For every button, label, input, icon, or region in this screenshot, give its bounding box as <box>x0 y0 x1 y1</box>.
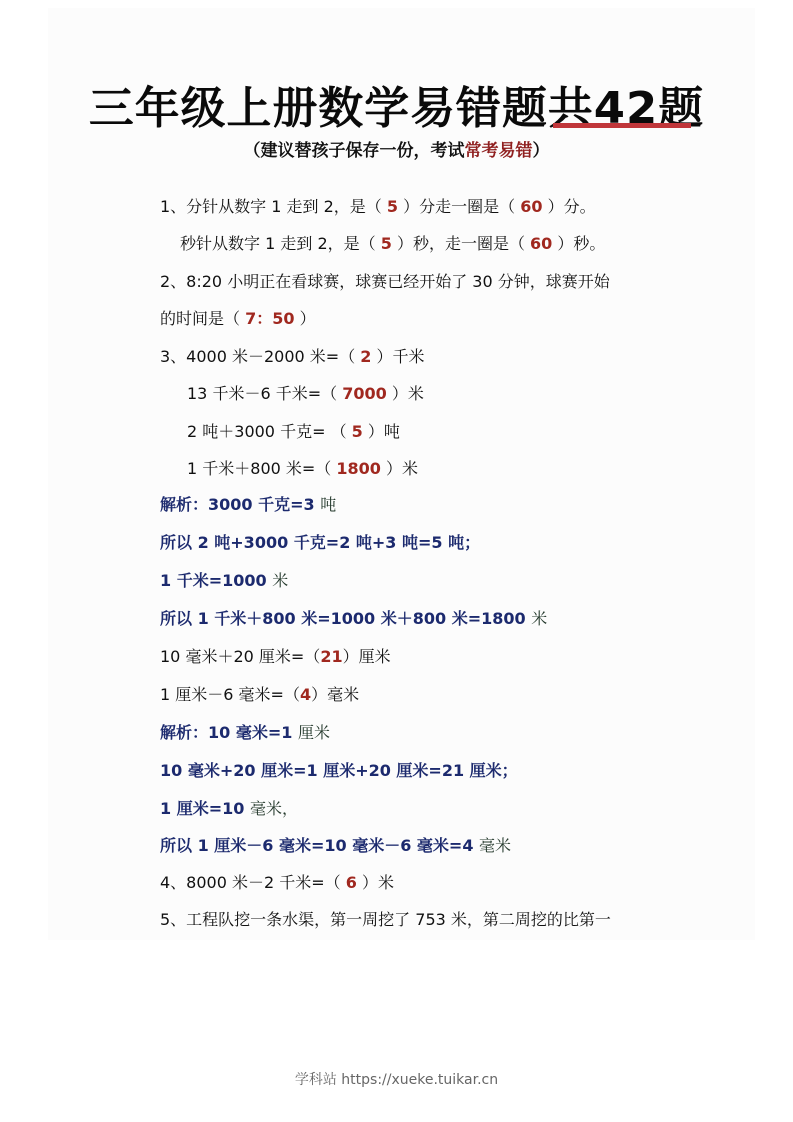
answer: 7000 <box>342 384 387 403</box>
answer: 6 <box>346 873 357 892</box>
explanation-line: 解析：3000 千克=3 吨 <box>160 492 336 515</box>
text: 1、分针从数字 1 走到 2，是（ <box>160 197 387 216</box>
text: 吨 <box>320 495 336 514</box>
subtitle-suffix: ） <box>533 141 550 161</box>
question-1-line-2: 秒针从数字 1 走到 2，是（ 5 ）秒，走一圈是（ 60 ）秒。 <box>180 231 605 254</box>
question-1-line-1: 1、分针从数字 1 走到 2，是（ 5 ）分走一圈是（ 60 ）分。 <box>160 194 596 217</box>
question-5: 5、工程队挖一条水渠，第一周挖了 753 米，第二周挖的比第一 <box>160 907 611 930</box>
text: 厘米 <box>298 723 330 742</box>
text: ）千米 <box>371 347 424 366</box>
text: 3、4000 米－2000 米=（ <box>160 347 360 366</box>
question-2-line-1: 2、8:20 小明正在看球赛，球赛已经开始了 30 分钟，球赛开始 <box>160 269 610 292</box>
text: ）分走一圈是（ <box>398 197 520 216</box>
text: 的时间是（ <box>160 309 245 328</box>
text: 所以 1 千米＋800 米=1000 米＋800 米=1800 <box>160 609 531 628</box>
question-3-line-6: 1 厘米－6 毫米=（4）毫米 <box>160 682 359 705</box>
text: 米 <box>531 609 547 628</box>
explanation-line: 1 千米=1000 米 <box>160 568 288 591</box>
answer: 60 <box>520 197 542 216</box>
question-3-line-2: 13 千米－6 千米=（ 7000 ）米 <box>187 381 424 404</box>
text: 解析：10 毫米=1 <box>160 723 298 742</box>
explanation-line: 所以 1 千米＋800 米=1000 米＋800 米=1800 米 <box>160 606 547 629</box>
explanation-line: 所以 1 厘米－6 毫米=10 毫米－6 毫米=4 毫米 <box>160 833 511 856</box>
text: ）分。 <box>542 197 595 216</box>
text: ）秒，走一圈是（ <box>392 234 530 253</box>
answer: 7：50 <box>245 309 294 328</box>
question-3-line-1: 3、4000 米－2000 米=（ 2 ）千米 <box>160 344 425 367</box>
question-3-line-5: 10 毫米＋20 厘米=（21）厘米 <box>160 644 391 667</box>
text: 毫米， <box>250 799 298 818</box>
page-subtitle: （建议替孩子保存一份，考试常考易错） <box>0 136 793 161</box>
text: 13 千米－6 千米=（ <box>187 384 342 403</box>
text: ）米 <box>381 459 418 478</box>
text: ）米 <box>357 873 394 892</box>
text: 1 千米＋800 米=（ <box>187 459 336 478</box>
text: 毫米 <box>479 836 511 855</box>
text: 4、8000 米－2 千米=（ <box>160 873 346 892</box>
question-4: 4、8000 米－2 千米=（ 6 ）米 <box>160 870 394 893</box>
answer: 5 <box>387 197 398 216</box>
question-3-line-3: 2 吨＋3000 千克= （ 5 ）吨 <box>187 419 400 442</box>
text: 秒针从数字 1 走到 2，是（ <box>180 234 381 253</box>
answer: 2 <box>360 347 371 366</box>
title-underline <box>553 123 691 128</box>
text: 1 千米=1000 <box>160 571 272 590</box>
text: 1 厘米－6 毫米=（ <box>160 685 300 704</box>
explanation-line: 10 毫米+20 厘米=1 厘米+20 厘米=21 厘米； <box>160 758 518 781</box>
text: 1 厘米=10 <box>160 799 250 818</box>
text: 2 吨＋3000 千克= （ <box>187 422 352 441</box>
answer: 60 <box>530 234 552 253</box>
answer: 5 <box>381 234 392 253</box>
explanation-line: 所以 2 吨+3000 千克=2 吨+3 吨=5 吨； <box>160 530 480 553</box>
text: 米 <box>272 571 288 590</box>
text: 解析：3000 千克=3 <box>160 495 320 514</box>
answer: 1800 <box>336 459 381 478</box>
text: ）厘米 <box>343 647 391 666</box>
explanation-line: 解析：10 毫米=1 厘米 <box>160 720 330 743</box>
text: ）吨 <box>363 422 400 441</box>
answer: 4 <box>300 685 311 704</box>
question-3-line-4: 1 千米＋800 米=（ 1800 ）米 <box>187 456 418 479</box>
question-2-line-2: 的时间是（ 7：50 ） <box>160 306 316 329</box>
text: ）毫米 <box>311 685 359 704</box>
text: 2、8:20 小明正在看球赛，球赛已经开始了 30 分钟，球赛开始 <box>160 272 610 291</box>
subtitle-prefix: （建议替孩子保存一份，考试 <box>244 141 465 161</box>
text: ）秒。 <box>552 234 605 253</box>
text: 10 毫米+20 厘米=1 厘米+20 厘米=21 厘米； <box>160 761 518 780</box>
text: 所以 2 吨+3000 千克=2 吨+3 吨=5 吨； <box>160 533 480 552</box>
answer: 21 <box>320 647 342 666</box>
text: ） <box>295 309 316 328</box>
text: ）米 <box>387 384 424 403</box>
subtitle-highlight: 常考易错 <box>465 141 533 161</box>
text: 5、工程队挖一条水渠，第一周挖了 753 米，第二周挖的比第一 <box>160 910 611 929</box>
text: 所以 1 厘米－6 毫米=10 毫米－6 毫米=4 <box>160 836 479 855</box>
footer-watermark: 学科站 https://xueke.tuikar.cn <box>0 1069 793 1089</box>
text: 10 毫米＋20 厘米=（ <box>160 647 320 666</box>
answer: 5 <box>352 422 363 441</box>
explanation-line: 1 厘米=10 毫米， <box>160 796 298 819</box>
